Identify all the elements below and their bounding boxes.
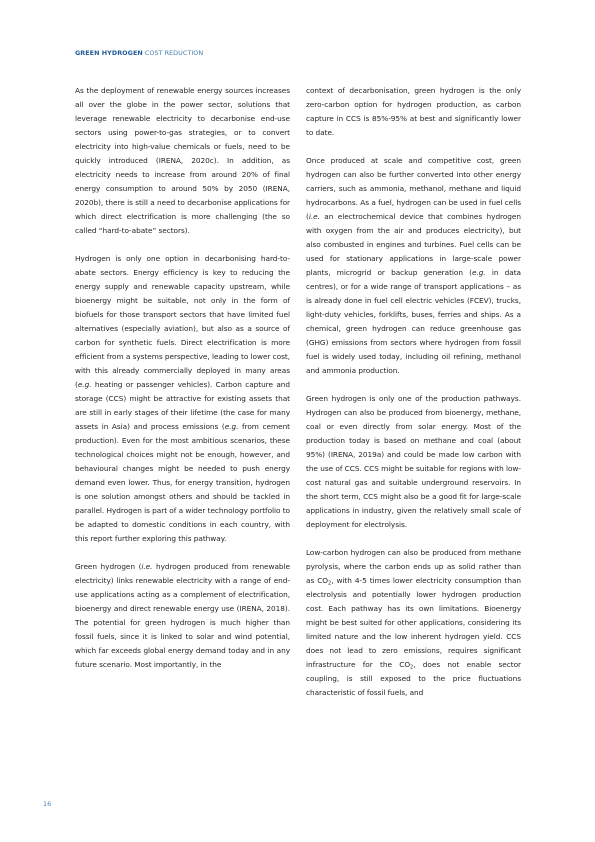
header-title-bold: GREEN HYDROGEN: [75, 49, 143, 57]
paragraph: context of decarbonisation, green hydrog…: [306, 84, 521, 140]
paragraph: Hydrogen is only one option in decarboni…: [75, 252, 290, 546]
left-column: As the deployment of renewable energy so…: [75, 84, 290, 672]
page-number: 16: [43, 800, 51, 808]
paragraph: Green hydrogen (i.e. hydrogen produced f…: [75, 560, 290, 672]
paragraph: Once produced at scale and competitive c…: [306, 154, 521, 378]
paragraph: Green hydrogen is only one of the produc…: [306, 392, 521, 532]
right-column: context of decarbonisation, green hydrog…: [306, 84, 521, 700]
header-title-light: COST REDUCTION: [143, 49, 203, 57]
paragraph: As the deployment of renewable energy so…: [75, 84, 290, 238]
running-header: GREEN HYDROGEN COST REDUCTION: [75, 49, 203, 57]
paragraph: Low-carbon hydrogen can also be produced…: [306, 546, 521, 700]
